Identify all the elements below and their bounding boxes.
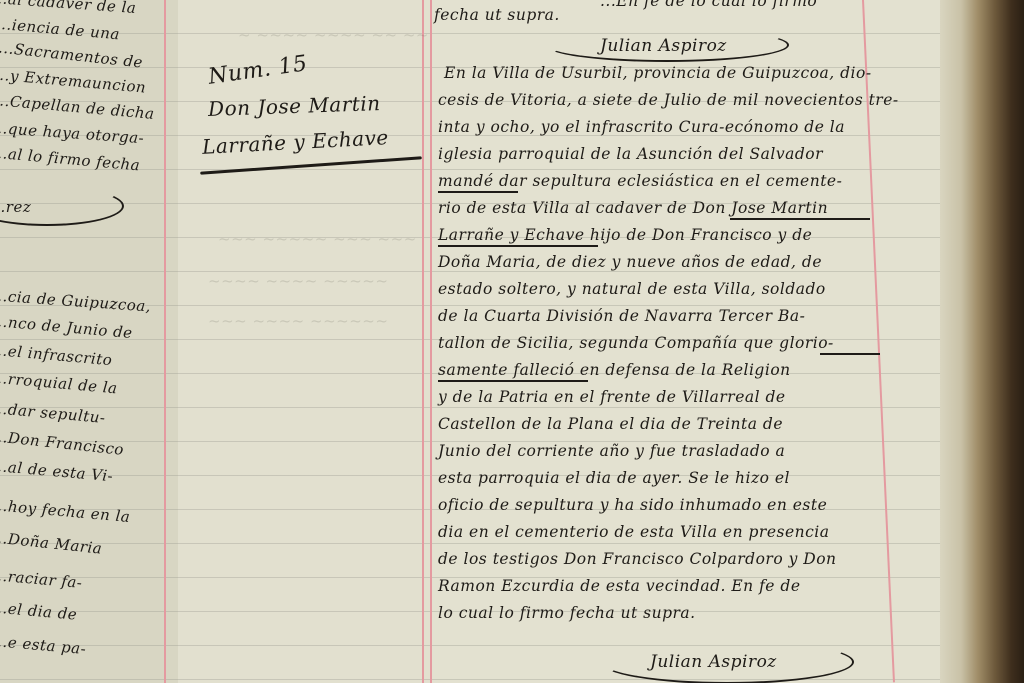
entry-line: Ramon Ezcurdia de esta vecindad. En fe d… [438,577,801,595]
left-line: ...Capellan de dicha [0,91,155,123]
left-page: ...al cadaver de la ...iencia de una ...… [0,0,178,683]
entry-line: inta y ocho, yo el infrascrito Cura-ecón… [438,118,845,136]
left-line: ...Doña Maria [0,528,103,557]
bleed-through-text: ~~~~ ~~~~ ~~~~~ [208,272,388,290]
margin-rule [164,0,166,683]
entry-line: cesis de Vitoria, a siete de Julio de mi… [438,91,899,109]
previous-entry-text: ...En fe de lo cual lo firmo [600,0,817,10]
entry-line: y de la Patria en el frente de Villarrea… [438,388,786,406]
left-line: ...e esta pa- [0,632,87,658]
entry-line: de la Cuarta División de Navarra Tercer … [438,307,805,325]
heading-underline [200,156,422,174]
left-line: ...y Extremauncion [0,65,147,96]
entry-line: Junio del corriente año y fue trasladado… [438,442,785,460]
underline-gloriosamente [820,353,880,355]
entry-line: iglesia parroquial de la Asunción del Sa… [438,145,823,163]
bleed-through-text: ~~~ ~~~~ ~~~~~~ [208,312,388,330]
entry-line: rio de esta Villa al cadaver de Don Jose… [438,199,828,217]
underline-fallecio [438,380,588,382]
signature-flourish [600,640,854,683]
left-line: ...el infrascrito [0,341,113,369]
margin-rule-left [430,0,432,683]
signature-flourish [0,186,124,226]
margin-rule [422,0,424,683]
left-line: ...Sacramentos de [0,38,144,71]
left-line: ...cia de Guipuzcoa, [0,286,152,315]
left-line: ...nco de Junio de [0,312,133,342]
left-line: ...al lo firmo fecha [0,144,141,175]
entry-line: Larrañe y Echave hijo de Don Francisco y… [438,226,812,244]
entry-line: Doña Maria, de diez y nueve años de edad… [438,253,822,271]
previous-entry-text: fecha ut supra. [434,6,560,24]
middle-page: Num. 15 Don Jose Martin Larrañe y Echave… [178,0,430,683]
underline-name [730,218,870,220]
entry-line: lo cual lo firmo fecha ut supra. [438,604,696,622]
entry-number: Num. 15 [207,51,309,90]
left-line: ...Don Francisco [0,427,125,459]
book-page-edges [940,0,1024,683]
entry-line: samente falleció en defensa de la Religi… [438,361,791,379]
entry-line: tallon de Sicilia, segunda Compañía que … [438,334,834,352]
underline-surname [438,245,598,247]
entry-line: esta parroquia el dia de ayer. Se le hiz… [438,469,790,487]
left-line: ...el dia de [0,598,78,623]
entry-line: En la Villa de Usurbil, provincia de Gui… [444,64,872,82]
left-line: ...al de esta Vi- [0,457,114,486]
left-line: ...al cadaver de la [0,0,137,17]
left-line: ...que haya otorga- [0,119,145,148]
entry-line: oficio de sepultura y ha sido inhumado e… [438,496,827,514]
bleed-through-text: ~~~ ~~~~~ ~~~ ~~~ [218,230,417,248]
left-line: ...rroquial de la [0,369,118,398]
left-line: ...dar sepultu- [0,399,106,427]
entry-line: Castellon de la Plana el dia de Treinta … [438,415,783,433]
entry-name-line-1: Don Jose Martin [208,91,381,121]
entry-line: estado soltero, y natural de esta Villa,… [438,280,826,298]
left-line: ...raciar fa- [0,566,83,592]
bleed-through-text: ~ ~~~~ ~~~~ ~~ ~~~ [238,26,430,44]
entry-name-line-2: Larrañe y Echave [201,125,389,159]
entry-line: de los testigos Don Francisco Colpardoro… [438,550,837,568]
left-line: ...iencia de una [0,15,121,44]
signature-flourish [545,28,789,62]
entry-line: dia en el cementerio de esta Villa en pr… [438,523,830,541]
right-page: ...En fe de lo cual lo firmo fecha ut su… [430,0,950,683]
entry-line: mandé dar sepultura eclesiástica en el c… [438,172,842,190]
underline-mande-dar [438,191,518,193]
left-line: ...hoy fecha en la [0,496,131,526]
